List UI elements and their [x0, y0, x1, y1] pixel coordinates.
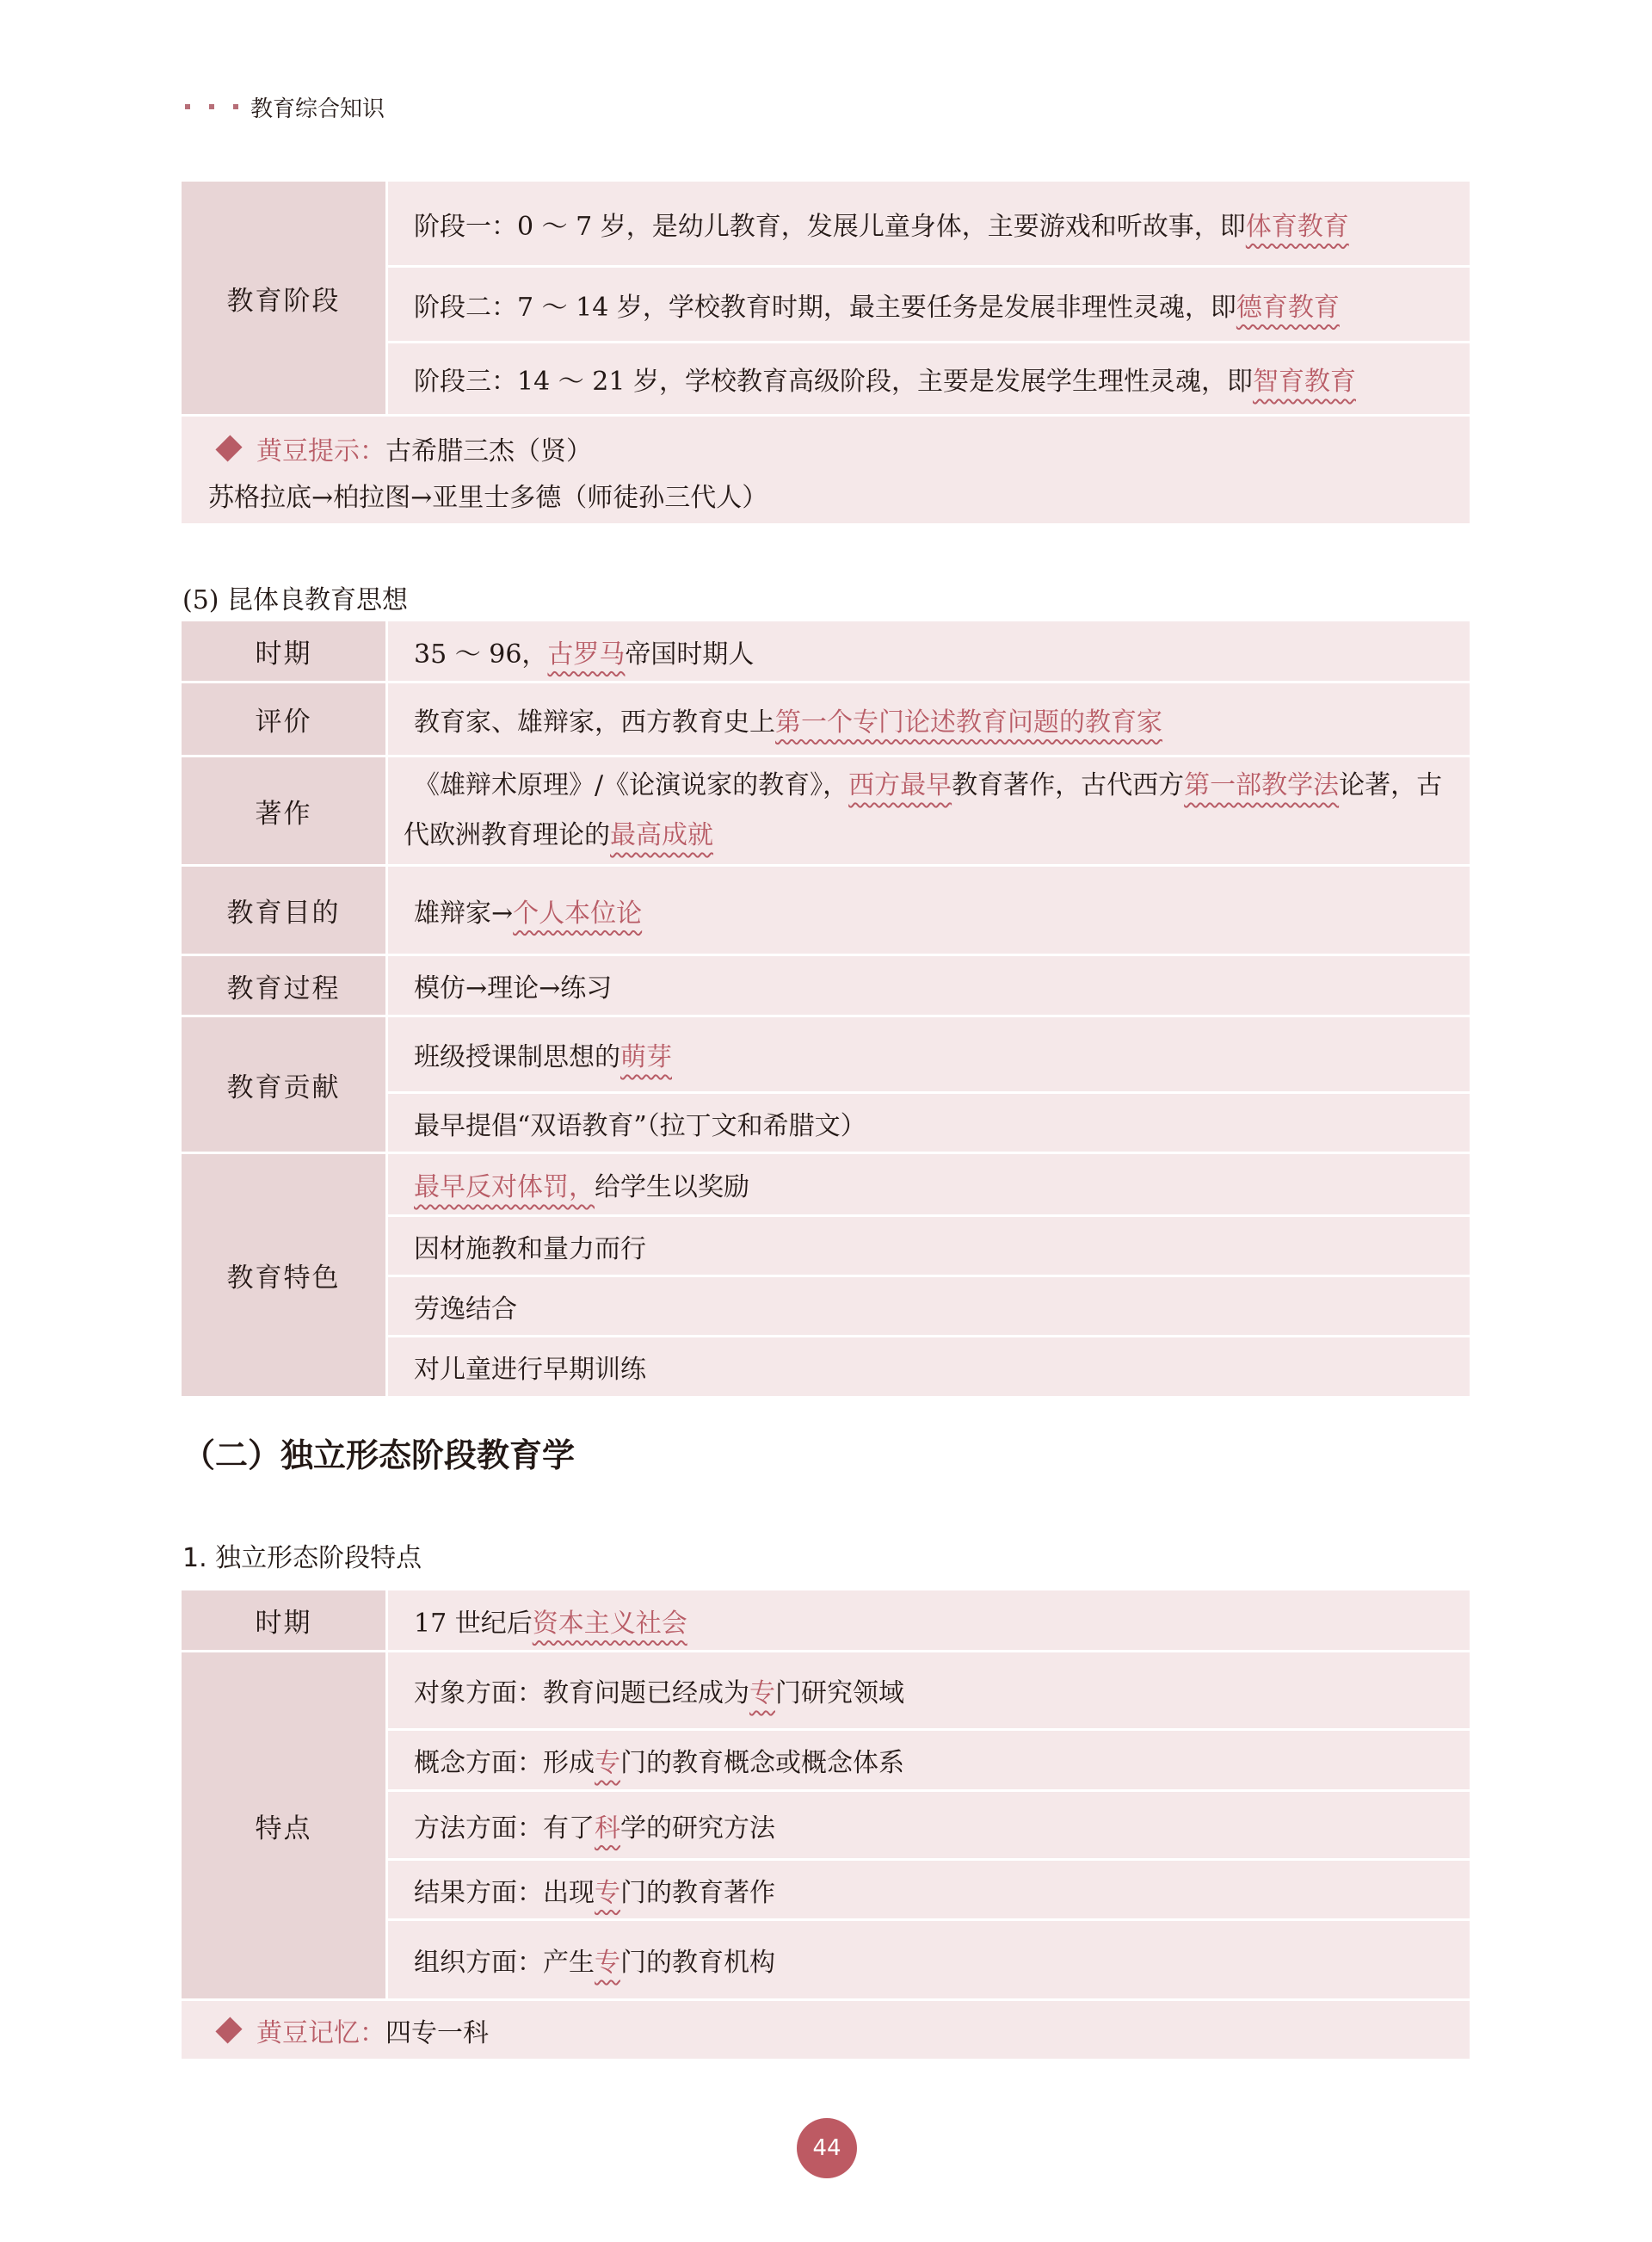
row-label: 特点	[182, 1652, 388, 1998]
row-value: 因材施教和量力而行	[388, 1214, 1470, 1275]
highlight-text: 科	[595, 1807, 620, 1844]
highlight-text: 古罗马	[547, 633, 625, 670]
tip-key: 黄豆提示：	[256, 429, 385, 467]
plato-stages-table: 教育阶段 阶段一：0 ～ 7 岁，是幼儿教育，发展儿童身体，主要游戏和听故事，即…	[182, 182, 1470, 523]
highlight-text: 个人本位论	[513, 892, 642, 930]
dot-icon	[233, 104, 238, 109]
tip-key: 黄豆记忆：	[256, 2011, 385, 2049]
highlight-text: 资本主义社会	[533, 1602, 687, 1640]
row-label: 评价	[182, 683, 388, 755]
highlight-text: 萌芽	[620, 1035, 672, 1073]
highlight-text: 专	[595, 1871, 620, 1909]
highlight-text: 专	[595, 1741, 620, 1779]
table-row-features: 特点 对象方面：教育问题已经成为专门研究领域 概念方面：形成专门的教育概念或概念…	[182, 1650, 1470, 1998]
stage-cell: 阶段二：7 ～ 14 岁，学校教育时期，最主要任务是发展非理性灵魂，即德育教育	[388, 265, 1470, 341]
stage-cell: 阶段一：0 ～ 7 岁，是幼儿教育，发展儿童身体，主要游戏和听故事，即体育教育	[388, 182, 1470, 265]
table-row-works: 著作 《雄辩术原理》/《论演说家的教育》，西方最早教育著作，古代西方第一部教学法…	[182, 755, 1470, 864]
tip-box: 黄豆记忆： 四专一科	[182, 1998, 1470, 2059]
table-row-period: 时期 17 世纪后资本主义社会	[182, 1590, 1470, 1650]
row-value: 模仿→理论→练习	[388, 956, 1470, 1015]
dot-icon	[209, 104, 214, 109]
diamond-bullet-icon	[215, 435, 242, 461]
section-heading: （二）独立形态阶段教育学	[182, 1429, 575, 1476]
row-value: 35 ～ 96，古罗马帝国时期人	[388, 621, 1470, 681]
highlight-text: 西方最早	[848, 770, 952, 800]
row-value: 17 世纪后资本主义社会	[388, 1590, 1470, 1650]
row-value: 最早反对体罚，给学生以奖励	[388, 1154, 1470, 1214]
table-row-evaluation: 评价 教育家、雄辩家，西方教育史上第一个专门论述教育问题的教育家	[182, 681, 1470, 755]
row-label: 教育贡献	[182, 1017, 388, 1152]
row-label: 时期	[182, 621, 388, 681]
highlight-text: 体育教育	[1246, 205, 1349, 243]
table-row: 教育阶段 阶段一：0 ～ 7 岁，是幼儿教育，发展儿童身体，主要游戏和听故事，即…	[182, 182, 1470, 414]
header-dots-decoration	[185, 104, 238, 109]
tip-box: 黄豆提示： 古希腊三杰（贤） 苏格拉底→柏拉图→亚里士多德（师徒孙三代人）	[182, 414, 1470, 523]
row-label: 教育阶段	[182, 182, 388, 414]
row-label: 教育过程	[182, 956, 388, 1015]
tip-line2: 苏格拉底→柏拉图→亚里士多德（师徒孙三代人）	[208, 476, 767, 514]
running-header: 教育综合知识	[185, 90, 385, 124]
section-subheading: 1. 独立形态阶段特点	[182, 1536, 422, 1574]
row-value: 雄辩家→个人本位论	[388, 867, 1470, 954]
page-number-badge: 44	[797, 2118, 857, 2178]
row-label: 著作	[182, 757, 388, 864]
row-value: 对象方面：教育问题已经成为专门研究领域	[388, 1652, 1470, 1728]
row-value: 教育家、雄辩家，西方教育史上第一个专门论述教育问题的教育家	[388, 683, 1470, 755]
highlight-text: 第一个专门论述教育问题的教育家	[775, 701, 1162, 738]
dot-icon	[185, 104, 190, 109]
table-row-purpose: 教育目的 雄辩家→个人本位论	[182, 864, 1470, 954]
table-row-contribution: 教育贡献 班级授课制思想的萌芽 最早提倡“双语教育”（拉丁文和希腊文）	[182, 1015, 1470, 1152]
highlight-text: 专	[595, 1941, 620, 1979]
tip-value: 古希腊三杰（贤）	[385, 429, 592, 467]
row-value: 最早提倡“双语教育”（拉丁文和希腊文）	[388, 1091, 1470, 1152]
highlight-text: 德育教育	[1236, 286, 1340, 324]
table-row-features: 教育特色 最早反对体罚，给学生以奖励 因材施教和量力而行 劳逸结合 对儿童进行早…	[182, 1152, 1470, 1396]
quintilian-table: 时期 35 ～ 96，古罗马帝国时期人 评价 教育家、雄辩家，西方教育史上第一个…	[182, 621, 1470, 1396]
stage-cell: 阶段三：14 ～ 21 岁，学校教育高级阶段，主要是发展学生理性灵魂，即智育教育	[388, 341, 1470, 414]
highlight-text: 最早反对体罚，	[414, 1165, 595, 1203]
highlight-text: 智育教育	[1253, 360, 1356, 398]
row-value: 概念方面：形成专门的教育概念或概念体系	[388, 1728, 1470, 1789]
independent-stage-table: 时期 17 世纪后资本主义社会 特点 对象方面：教育问题已经成为专门研究领域 概…	[182, 1590, 1470, 2059]
row-value: 结果方面：出现专门的教育著作	[388, 1858, 1470, 1918]
row-value: 班级授课制思想的萌芽	[388, 1017, 1470, 1091]
row-value: 组织方面：产生专门的教育机构	[388, 1918, 1470, 1998]
quintilian-heading: (5) 昆体良教育思想	[182, 578, 408, 616]
row-label: 教育目的	[182, 867, 388, 954]
row-label: 教育特色	[182, 1154, 388, 1396]
header-title: 教育综合知识	[250, 91, 385, 123]
row-label: 时期	[182, 1590, 388, 1650]
table-row-process: 教育过程 模仿→理论→练习	[182, 954, 1470, 1015]
highlight-text: 专	[749, 1671, 775, 1709]
row-value: 对儿童进行早期训练	[388, 1335, 1470, 1396]
table-row-period: 时期 35 ～ 96，古罗马帝国时期人	[182, 621, 1470, 681]
highlight-text: 第一部教学法	[1184, 770, 1339, 800]
row-value: 方法方面：有了科学的研究方法	[388, 1789, 1470, 1858]
row-value: 《雄辩术原理》/《论演说家的教育》，西方最早教育著作，古代西方第一部教学法论著，…	[388, 757, 1470, 864]
row-value: 劳逸结合	[388, 1275, 1470, 1335]
tip-value: 四专一科	[385, 2011, 489, 2049]
highlight-text: 最高成就	[610, 820, 713, 850]
diamond-bullet-icon	[215, 2017, 242, 2043]
